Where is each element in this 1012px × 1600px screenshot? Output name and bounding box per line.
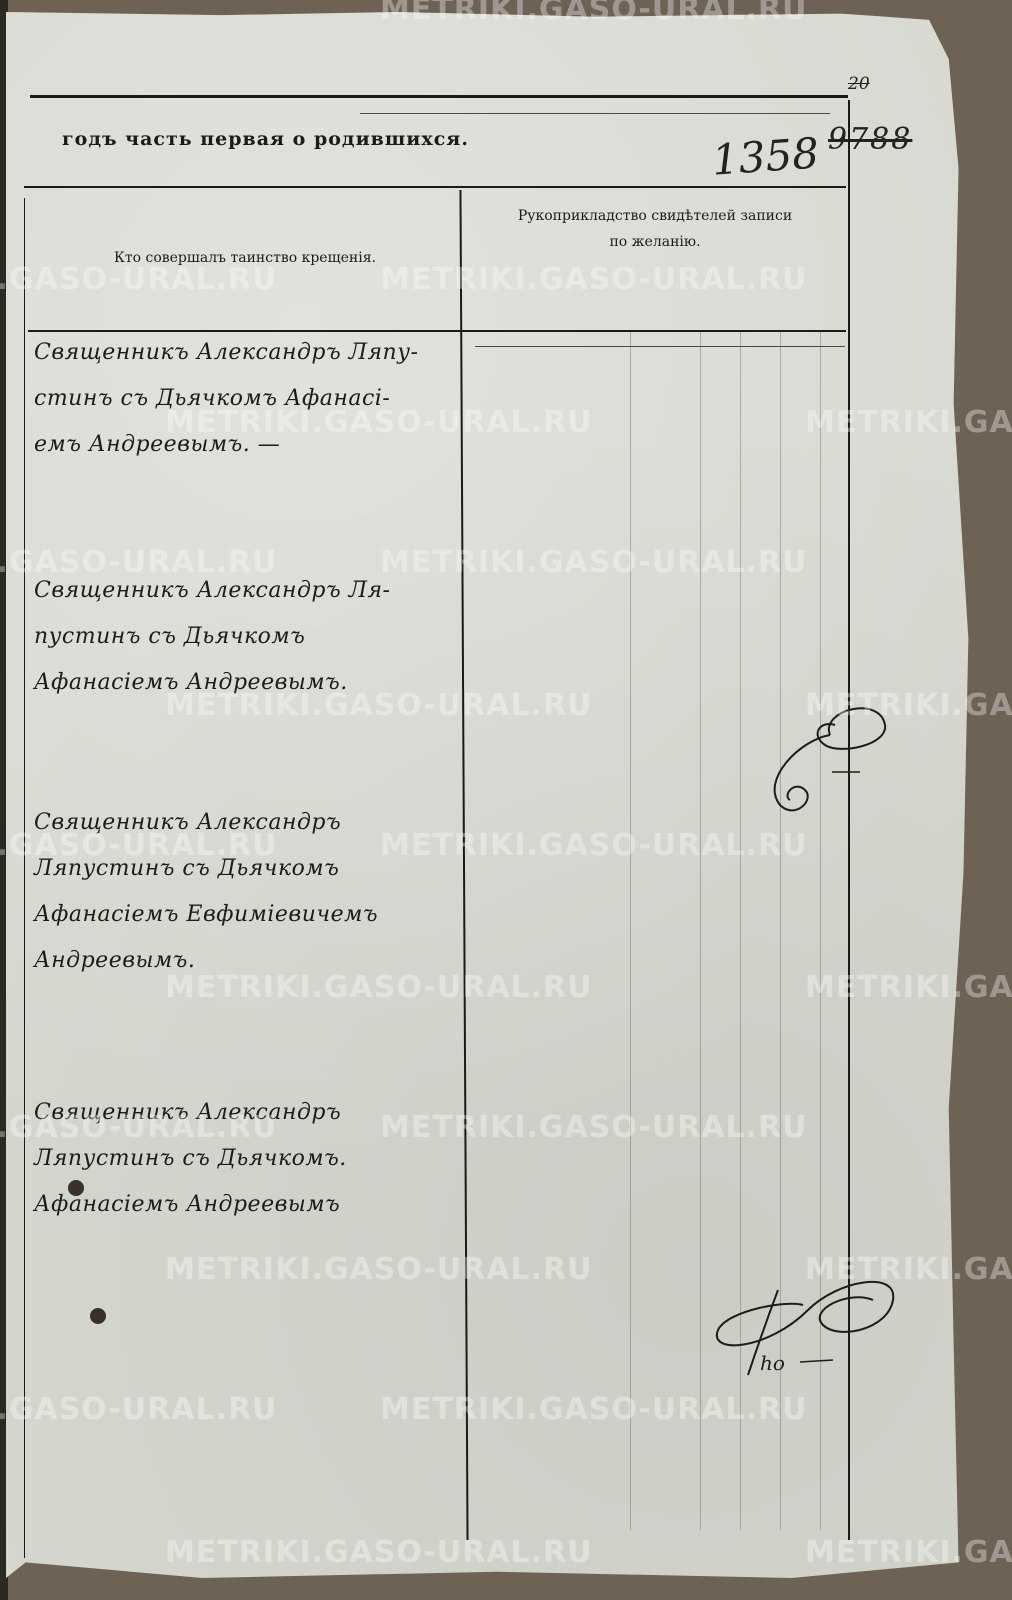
binding-hole <box>68 1180 84 1196</box>
entry-line: Афанасіемъ Андреевымъ. <box>34 660 464 706</box>
entry-line: Священникъ Александръ <box>34 1090 464 1136</box>
column-header-witnesses: Рукоприкладство свидѣтелей записи по жел… <box>470 203 840 255</box>
entry-line: Афанасіемъ Евфиміевичемъ <box>34 892 464 938</box>
entry-1: Священникъ Александръ Ляпу- стинъ съ Дья… <box>34 330 464 468</box>
column-header-witnesses-line1: Рукоприкладство свидѣтелей записи <box>470 203 840 229</box>
column-left-border <box>24 198 25 1558</box>
flourish-initial-mark <box>760 700 900 820</box>
faint-column-guide <box>700 330 701 1530</box>
entry-line: Священникъ Александръ Ля- <box>34 568 464 614</box>
folio-number-crossed: 20 <box>848 74 870 94</box>
entry-2: Священникъ Александръ Ля- пустинъ съ Дья… <box>34 568 464 706</box>
column-header-officiant: Кто совершалъ таинство крещенія. <box>40 245 450 271</box>
entry-line: пустинъ съ Дьячкомъ <box>34 614 464 660</box>
folio-number-secondary: 9788 <box>828 122 912 157</box>
entry-line: Ляпустинъ съ Дьячкомъ <box>34 846 464 892</box>
register-number: 1358 <box>710 128 820 184</box>
column-header-witnesses-line2: по желанію. <box>470 229 840 255</box>
entry-3: Священникъ Александръ Ляпустинъ съ Дьячк… <box>34 800 464 984</box>
page-title: годъ часть первая о родившихся. <box>62 128 469 150</box>
entry-line: Андреевымъ. <box>34 938 464 984</box>
entry-line: Священникъ Александръ Ляпу- <box>34 330 464 376</box>
entry-line: Ляпустинъ съ Дьячкомъ. <box>34 1136 464 1182</box>
faint-column-guide <box>630 330 631 1530</box>
binding-hole <box>90 1308 106 1324</box>
header-bottom-rule-thin <box>475 346 845 347</box>
top-rule-thin <box>360 113 830 114</box>
flourish-signature-mark: ho <box>708 1270 908 1380</box>
entry-line: Афанасіемъ Андреевымъ <box>34 1182 464 1228</box>
entry-line: стинъ съ Дьячкомъ Афанасі- <box>34 376 464 422</box>
entry-line: емъ Андреевымъ. — <box>34 422 464 468</box>
entry-line: Священникъ Александръ <box>34 800 464 846</box>
top-rule <box>30 95 848 98</box>
entry-4: Священникъ Александръ Ляпустинъ съ Дьячк… <box>34 1090 464 1228</box>
signature-suffix: ho <box>760 1351 785 1375</box>
header-top-rule <box>24 186 846 188</box>
